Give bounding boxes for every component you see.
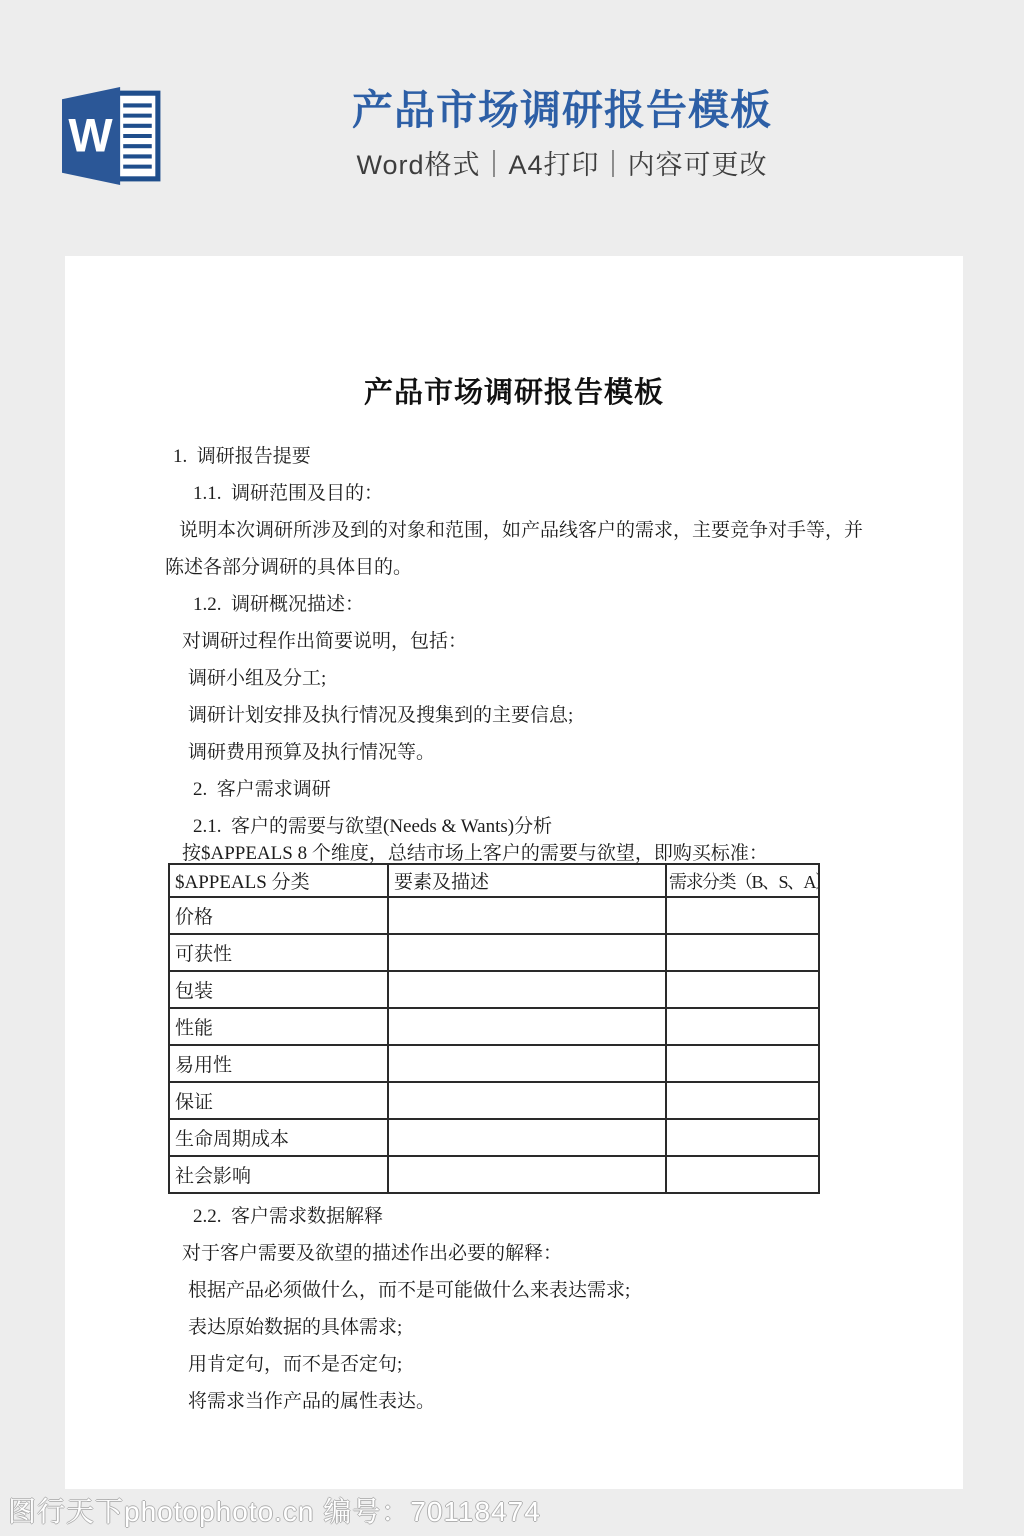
table-empty-cell: [666, 897, 819, 934]
banner: W 产品市场调研报告模板 Word格式｜A4打印｜内容可更改: [0, 0, 1024, 256]
table-empty-cell: [388, 934, 666, 971]
document-body-continued: 2.2. 客户需求数据解释对于客户需要及欲望的描述作出必要的解释：根据产品必须做…: [165, 1198, 923, 1420]
doc-line: 调研小组及分工;: [188, 660, 923, 697]
table-empty-cell: [388, 1045, 666, 1082]
doc-line: 表达原始数据的具体需求;: [188, 1309, 923, 1346]
table-row-label: 可获性: [169, 934, 388, 971]
table-empty-cell: [666, 971, 819, 1008]
table-row: 包装: [169, 971, 819, 1008]
doc-line: 1. 调研报告提要: [173, 438, 923, 475]
table-header-cell: 要素及描述: [388, 864, 666, 897]
doc-line: 2.2. 客户需求数据解释: [193, 1198, 923, 1235]
table-empty-cell: [666, 1008, 819, 1045]
table-row-label: 保证: [169, 1082, 388, 1119]
table-row: 可获性: [169, 934, 819, 971]
table-row: 价格: [169, 897, 819, 934]
table-empty-cell: [388, 1008, 666, 1045]
doc-line: 将需求当作产品的属性表达。: [188, 1383, 923, 1420]
doc-line: 1.1. 调研范围及目的：: [193, 475, 923, 512]
table-empty-cell: [666, 1156, 819, 1193]
banner-title: 产品市场调研报告模板: [110, 86, 1014, 135]
table-row-label: 社会影响: [169, 1156, 388, 1193]
doc-line: 1.2. 调研概况描述：: [193, 586, 923, 623]
doc-line: 用肯定句，而不是否定句;: [188, 1346, 923, 1383]
doc-line: 陈述各部分调研的具体目的。: [165, 549, 923, 586]
table-empty-cell: [388, 1119, 666, 1156]
doc-line: 说明本次调研所涉及到的对象和范围，如产品线客户的需求，主要竞争对手等，并: [179, 512, 923, 549]
table-header-cell: $APPEALS 分类: [169, 864, 388, 897]
table-row: 生命周期成本: [169, 1119, 819, 1156]
table-row-label: 易用性: [169, 1045, 388, 1082]
doc-line: 对调研过程作出简要说明，包括：: [182, 623, 923, 660]
doc-line: 根据产品必须做什么，而不是可能做什么来表达需求;: [188, 1272, 923, 1309]
table-empty-cell: [666, 1082, 819, 1119]
table-empty-cell: [388, 1156, 666, 1193]
table-row-label: 生命周期成本: [169, 1119, 388, 1156]
doc-line: 2. 客户需求调研: [193, 771, 923, 808]
table-row: 保证: [169, 1082, 819, 1119]
table-header-row: $APPEALS 分类要素及描述需求分类（B、S、A）: [169, 864, 819, 897]
watermark-text: 图行天下photophoto.cn 编号：70118474: [8, 1490, 541, 1530]
table-empty-cell: [666, 1119, 819, 1156]
document-body: 1. 调研报告提要1.1. 调研范围及目的：说明本次调研所涉及到的对象和范围，如…: [165, 438, 923, 872]
table-row-label: 价格: [169, 897, 388, 934]
word-logo-letter: W: [68, 109, 113, 161]
table-empty-cell: [388, 897, 666, 934]
table-row-label: 包装: [169, 971, 388, 1008]
doc-line: 调研计划安排及执行情况及搜集到的主要信息;: [188, 697, 923, 734]
table-row: 易用性: [169, 1045, 819, 1082]
appeals-table: $APPEALS 分类要素及描述需求分类（B、S、A） 价格可获性包装性能易用性…: [168, 863, 820, 1194]
document-title: 产品市场调研报告模板: [65, 370, 963, 411]
banner-subtitle: Word格式｜A4打印｜内容可更改: [110, 143, 1014, 182]
table-row: 社会影响: [169, 1156, 819, 1193]
table-row: 性能: [169, 1008, 819, 1045]
table-row-label: 性能: [169, 1008, 388, 1045]
doc-line: 对于客户需要及欲望的描述作出必要的解释：: [182, 1235, 923, 1272]
table-empty-cell: [666, 1045, 819, 1082]
table-empty-cell: [388, 971, 666, 1008]
document-page: 产品市场调研报告模板 1. 调研报告提要1.1. 调研范围及目的：说明本次调研所…: [65, 256, 963, 1489]
doc-line: 调研费用预算及执行情况等。: [188, 734, 923, 771]
table-empty-cell: [666, 934, 819, 971]
table-empty-cell: [388, 1082, 666, 1119]
banner-text: 产品市场调研报告模板 Word格式｜A4打印｜内容可更改: [110, 86, 1014, 182]
table-header-cell: 需求分类（B、S、A）: [666, 864, 819, 897]
